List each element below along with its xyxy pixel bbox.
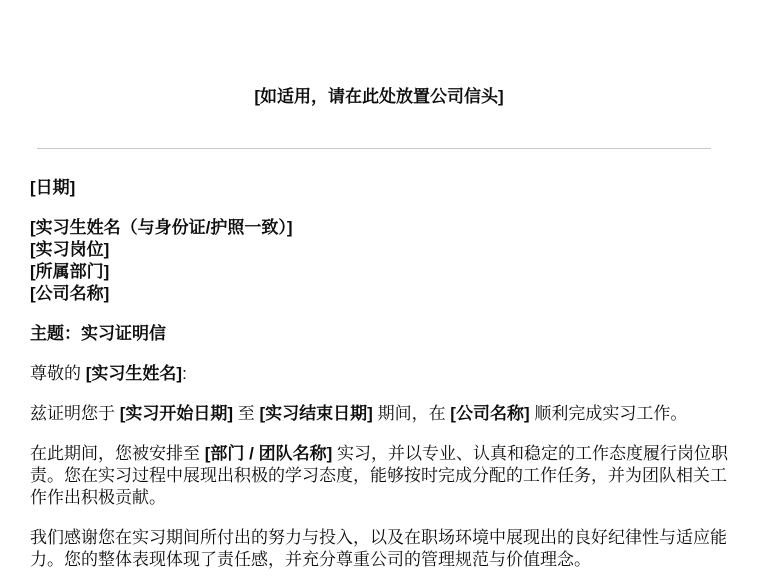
- date-line: [日期]: [30, 177, 728, 199]
- certify-text-1: 兹证明您于: [30, 404, 120, 423]
- start-date-placeholder: [实习开始日期]: [120, 404, 233, 423]
- certify-text-3: 期间，在: [373, 404, 450, 423]
- company-name-placeholder: [公司名称]: [450, 404, 529, 423]
- certify-text-2: 至: [233, 404, 259, 423]
- intern-name-line: [实习生姓名（与身份证/护照一致）]: [30, 217, 728, 239]
- greeting-colon: :: [182, 364, 187, 383]
- recipient-block: [实习生姓名（与身份证/护照一致）] [实习岗位] [所属部门] [公司名称]: [30, 217, 728, 305]
- certification-paragraph: 兹证明您于 [实习开始日期] 至 [实习结束日期] 期间，在 [公司名称] 顺利…: [30, 403, 728, 425]
- performance-text-1: 在此期间，您被安排至: [30, 444, 205, 463]
- intern-name-placeholder: [实习生姓名]: [86, 364, 182, 383]
- performance-paragraph: 在此期间，您被安排至 [部门 / 团队名称] 实习，并以专业、认真和稳定的工作态…: [30, 443, 728, 509]
- team-name-placeholder: [部门 / 团队名称]: [205, 444, 333, 463]
- gratitude-paragraph: 我们感谢您在实习期间所付出的努力与投入，以及在职场环境中展现出的良好纪律性与适应…: [30, 527, 728, 571]
- subject-line: 主题：实习证明信: [30, 323, 728, 345]
- greeting-line: 尊敬的 [实习生姓名]:: [30, 363, 728, 385]
- certify-text-4: 顺利完成实习工作。: [530, 404, 688, 423]
- greeting-prefix: 尊敬的: [30, 364, 86, 383]
- department-line: [所属部门]: [30, 261, 728, 283]
- company-line: [公司名称]: [30, 283, 728, 305]
- intern-position-line: [实习岗位]: [30, 239, 728, 261]
- letterhead-placeholder: [如适用，请在此处放置公司信头]: [30, 86, 728, 108]
- letterhead-divider: [37, 148, 711, 149]
- end-date-placeholder: [实习结束日期]: [260, 404, 373, 423]
- internship-certificate-letter: [如适用，请在此处放置公司信头] [日期] [实习生姓名（与身份证/护照一致）]…: [0, 0, 768, 586]
